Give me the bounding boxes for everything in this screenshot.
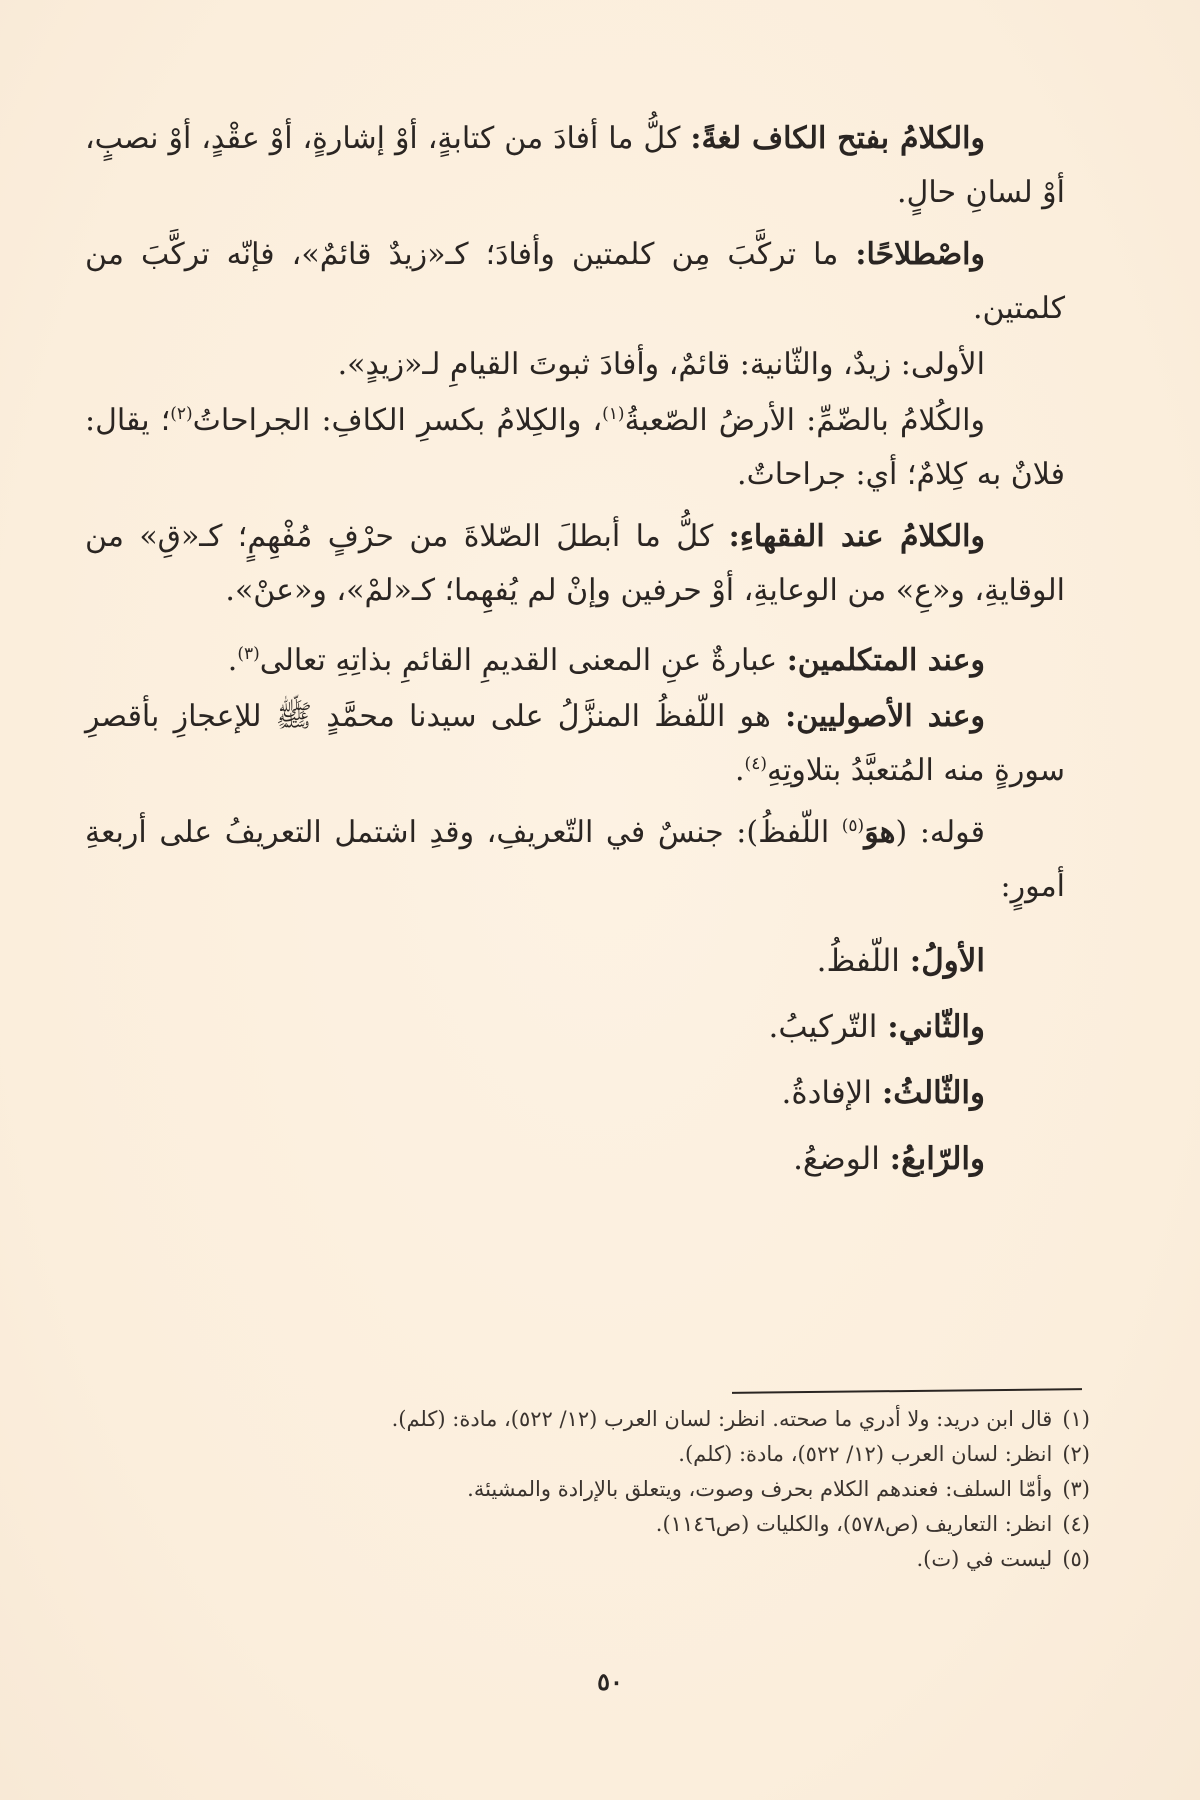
footnote-3: (٣)وأمّا السلف: فعندهم الكلام بحرف وصوت،…: [110, 1472, 1090, 1507]
paragraph-text: الأولى: زيدٌ، والثّانية: قائمٌ، وأفادَ ث…: [338, 347, 985, 382]
footnote-ref-5[interactable]: (٥): [842, 816, 864, 836]
footnote-number: (٤): [1062, 1507, 1090, 1542]
list-item-value: التّركيبُ.: [768, 1009, 887, 1045]
paragraph-text: ، والكِلامُ بكسرِ الكافِ: الجراحاتُ: [193, 403, 602, 438]
list-item: والرّابعُ: الوضعُ.: [85, 1126, 1065, 1192]
list-item-value: الإفادةُ.: [782, 1075, 882, 1111]
list-item-key: والثّاني:: [887, 1009, 985, 1045]
footnote-text: قال ابن دريد: ولا أدري ما صحته. انظر: لس…: [110, 1402, 1052, 1437]
paragraph-kalam-linguistic: والكلامُ بفتح الكاف لغةً: كلُّ ما أفادَ …: [85, 112, 1065, 220]
footnote-ref-1[interactable]: (١): [602, 404, 624, 424]
list-item-key: والرّابعُ:: [890, 1141, 985, 1177]
footnotes: (١)قال ابن دريد: ولا أدري ما صحته. انظر:…: [110, 1402, 1090, 1577]
footnote-text: انظر: لسان العرب (١٢/ ٥٢٢)، مادة: (كلم).: [110, 1437, 1052, 1472]
paragraph-text: قوله: (: [896, 815, 985, 850]
paragraph-kalam-technical: واصْطلاحًا: ما تركَّبَ مِن كلمتين وأفادَ…: [85, 228, 1065, 336]
term-heading: والكلامُ بفتح الكاف لغةً:: [690, 121, 985, 156]
paragraph-qawluhu: قوله: (هوَ(٥) اللّفظُ): جنسٌ في التّعريف…: [85, 806, 1065, 914]
main-text: والكلامُ بفتح الكاف لغةً: كلُّ ما أفادَ …: [85, 112, 1065, 1192]
list-item: والثّالثُ: الإفادةُ.: [85, 1060, 1065, 1126]
footnote-number: (١): [1062, 1402, 1090, 1437]
paragraph-first-second-word: الأولى: زيدٌ، والثّانية: قائمٌ، وأفادَ ث…: [85, 338, 1065, 392]
footnote-2: (٢)انظر: لسان العرب (١٢/ ٥٢٢)، مادة: (كل…: [110, 1437, 1090, 1472]
footnote-number: (٥): [1062, 1542, 1090, 1577]
list-item: الأولُ: اللّفظُ.: [85, 928, 1065, 994]
paragraph-kalam-variants: والكُلامُ بالضّمِّ: الأرضُ الصّعبةُ(١)، …: [85, 394, 1065, 502]
footnote-text: انظر: التعاريف (ص٥٧٨)، والكليات (ص١١٤٦).: [110, 1507, 1052, 1542]
footnote-ref-4[interactable]: (٤): [745, 754, 767, 774]
footnote-4: (٤)انظر: التعاريف (ص٥٧٨)، والكليات (ص١١٤…: [110, 1507, 1090, 1542]
footnote-number: (٢): [1062, 1437, 1090, 1472]
term-heading: وعند المتكلمين:: [787, 643, 985, 678]
footnote-5: (٥)ليست في (ت).: [110, 1542, 1090, 1577]
paragraph-text: .: [228, 643, 238, 678]
list-item-value: اللّفظُ.: [817, 943, 910, 979]
page-number: ٥٠: [580, 1667, 640, 1696]
list-item-value: الوضعُ.: [793, 1141, 890, 1177]
quoted-term: هوَ: [864, 815, 895, 850]
term-heading: والكلامُ عند الفقهاءِ:: [729, 519, 985, 554]
book-page: والكلامُ بفتح الكاف لغةً: كلُّ ما أفادَ …: [0, 0, 1200, 1800]
footnote-text: ليست في (ت).: [110, 1542, 1052, 1577]
footnote-1: (١)قال ابن دريد: ولا أدري ما صحته. انظر:…: [110, 1402, 1090, 1437]
footnote-text: وأمّا السلف: فعندهم الكلام بحرف وصوت، وي…: [110, 1472, 1052, 1507]
footnote-ref-2[interactable]: (٢): [170, 404, 192, 424]
paragraph-text: والكُلامُ بالضّمِّ: الأرضُ الصّعبةُ: [625, 403, 985, 438]
footnote-divider: [732, 1388, 1082, 1394]
footnote-number: (٣): [1062, 1472, 1090, 1507]
term-heading: واصْطلاحًا:: [855, 237, 985, 272]
list-item: والثّاني: التّركيبُ.: [85, 994, 1065, 1060]
paragraph-fuqaha: والكلامُ عند الفقهاءِ: كلُّ ما أبطلَ الص…: [85, 510, 1065, 618]
list-item-key: والثّالثُ:: [882, 1075, 985, 1111]
paragraph-text: عبارةٌ عنِ المعنى القديمِ القائمِ بذاتِه…: [260, 643, 787, 678]
term-heading: وعند الأصوليين:: [785, 699, 985, 734]
paragraph-text: .: [735, 753, 745, 788]
four-matters-list: الأولُ: اللّفظُ. والثّاني: التّركيبُ. وا…: [85, 928, 1065, 1192]
list-item-key: الأولُ:: [910, 943, 985, 979]
footnote-ref-3[interactable]: (٣): [237, 644, 259, 664]
paragraph-usuliyyin: وعند الأصوليين: هو اللّفظُ المنزَّلُ على…: [85, 690, 1065, 798]
paragraph-mutakallimin: وعند المتكلمين: عبارةٌ عنِ المعنى القديم…: [85, 634, 1065, 688]
